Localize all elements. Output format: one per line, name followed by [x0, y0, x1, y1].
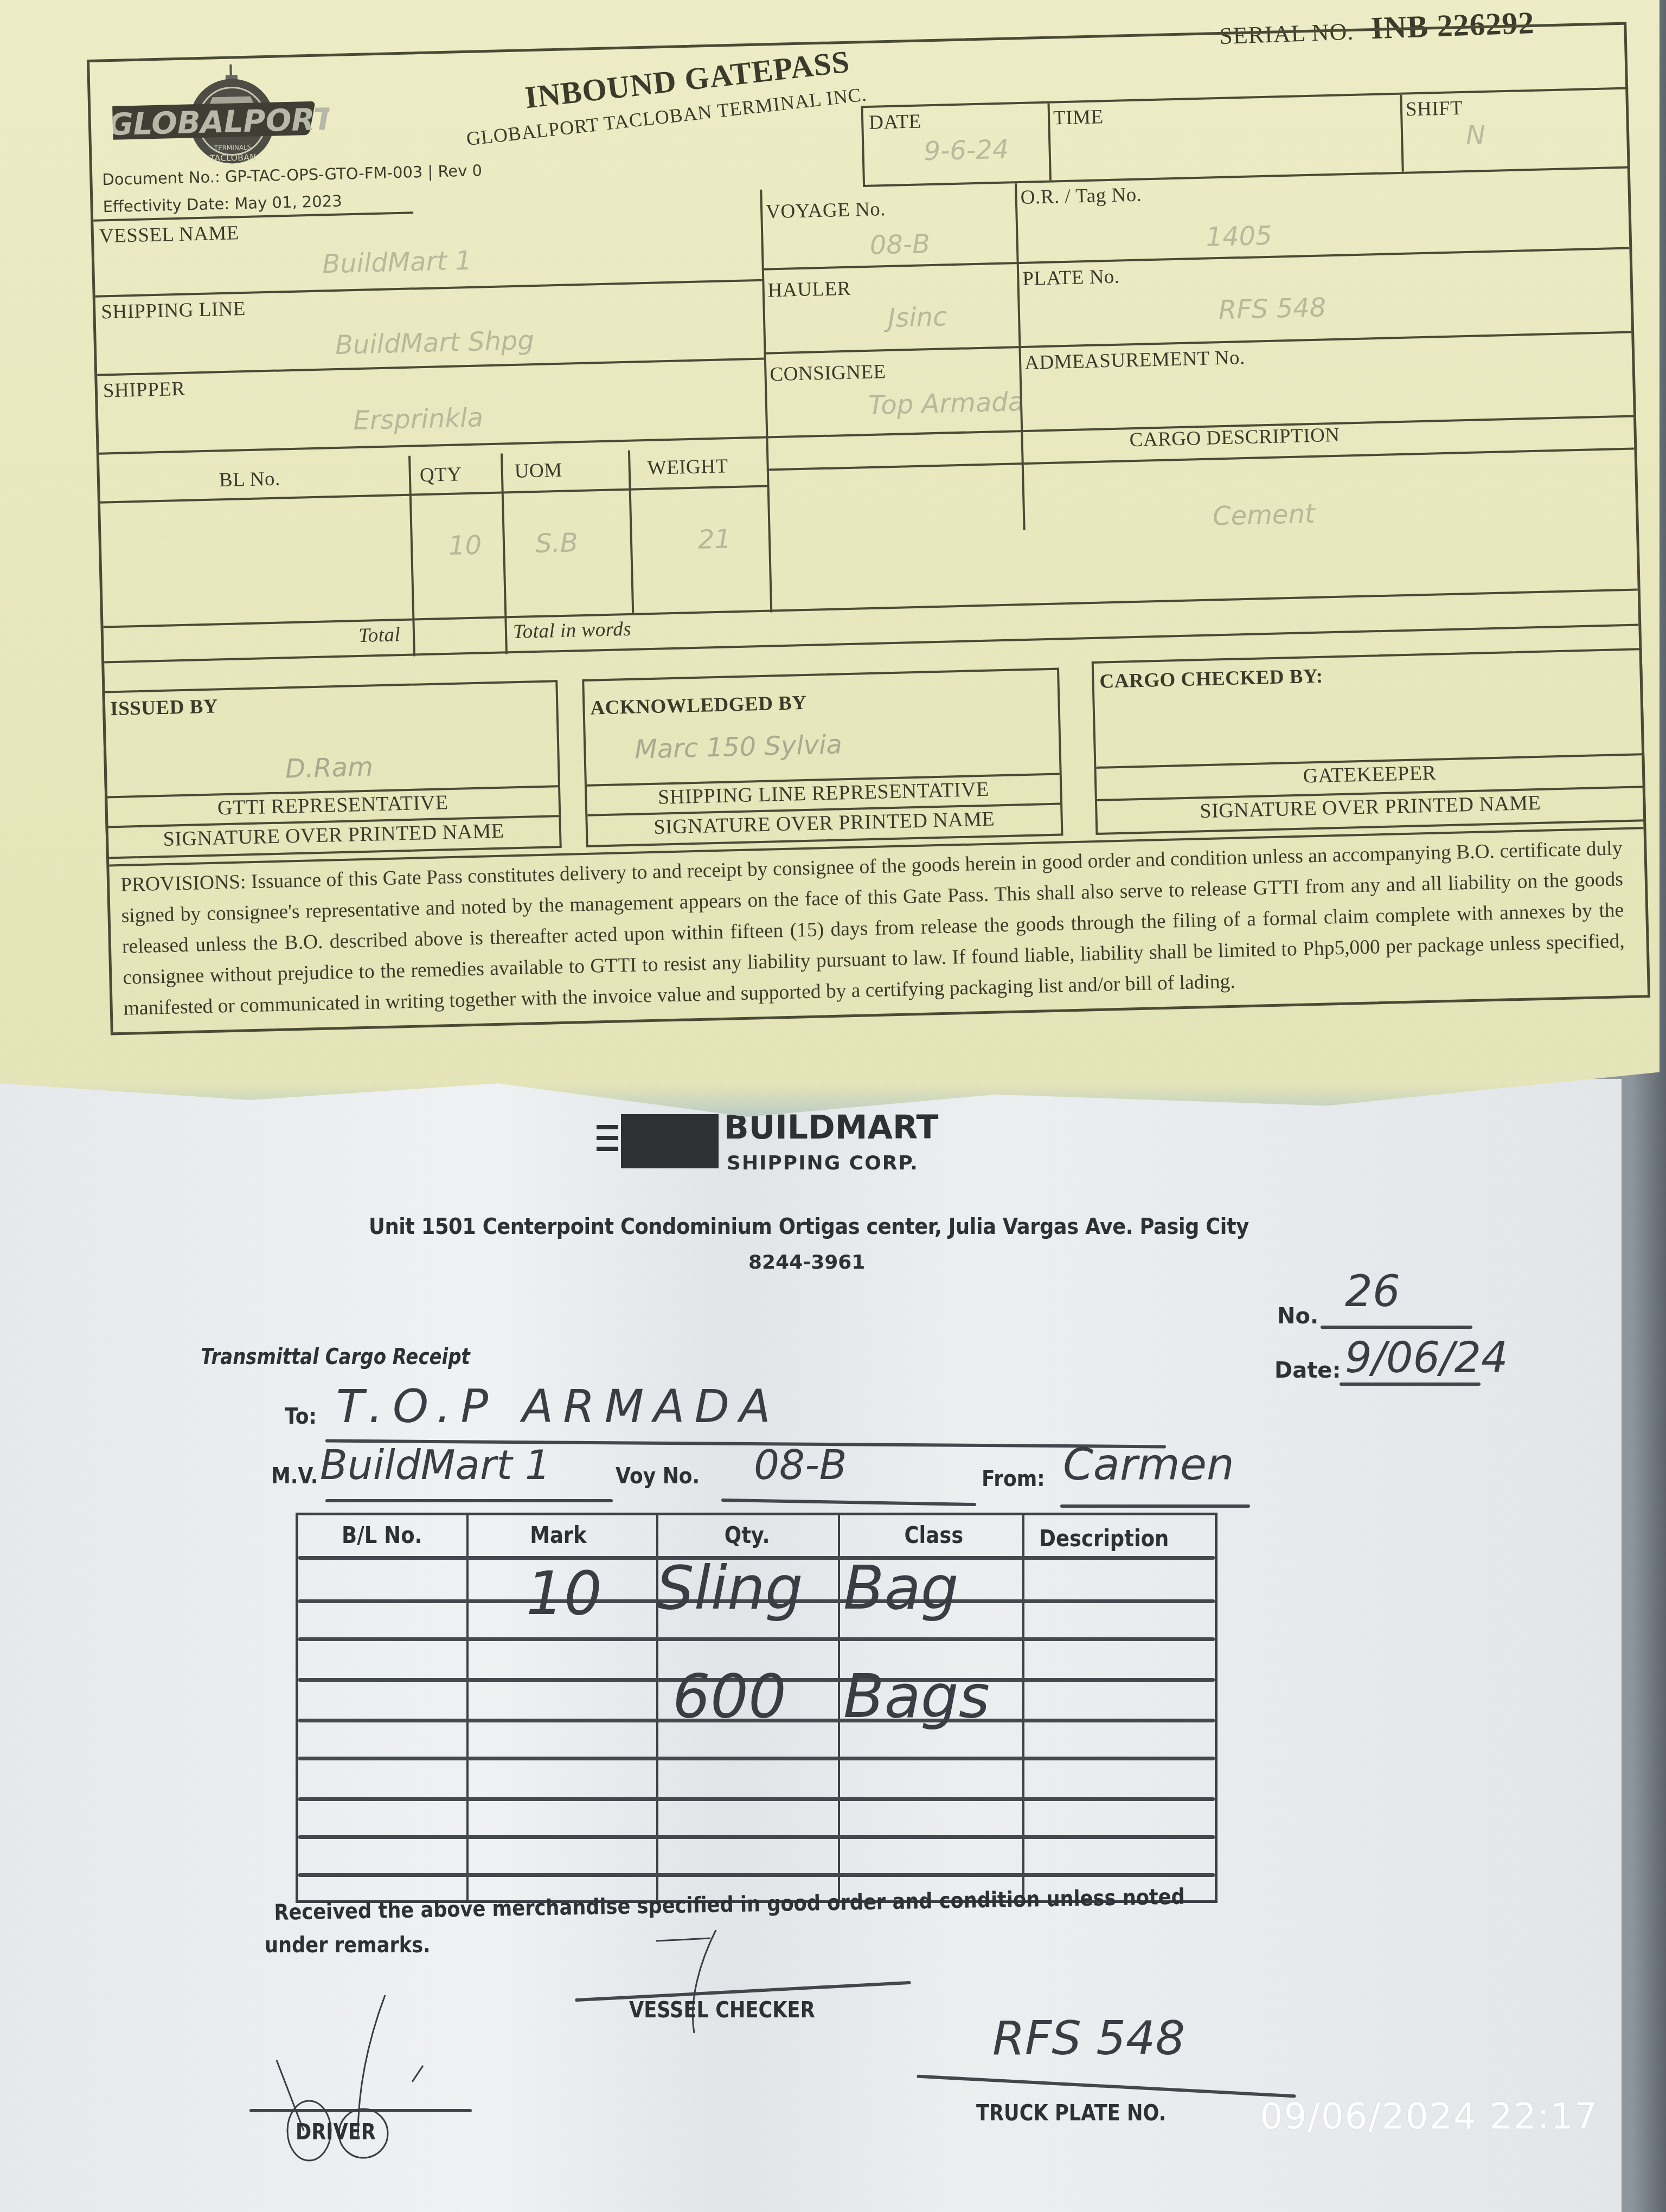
voy-no-value[interactable]: 08-B	[754, 1442, 847, 1489]
shipping-corp-label: SHIPPING CORP.	[727, 1152, 919, 1174]
mark-column-header: Mark	[530, 1522, 587, 1548]
uom-value[interactable]: S.B	[535, 528, 578, 559]
vessel-name-label: VESSEL NAME	[99, 221, 239, 248]
shipping-line-label: SHIPPING LINE	[101, 297, 246, 324]
vessel-checker-label: VESSEL CHECKER	[629, 1998, 815, 2023]
inbound-gatepass: SERIAL NO. INB 226292 GLOBALPORT TERMINA…	[0, 0, 1659, 1117]
qty-column-header: Qty.	[725, 1522, 770, 1548]
row1-mark[interactable]: 10	[526, 1559, 602, 1628]
admeasurement-label: ADMEASUREMENT No.	[1024, 346, 1246, 375]
or-tag-no-value[interactable]: 1405	[1206, 221, 1272, 253]
svg-text:TACLOBAN: TACLOBAN	[209, 152, 257, 163]
cargo-checked-by-block: CARGO CHECKED BY: GATEKEEPER SIGNATURE O…	[1092, 648, 1646, 835]
mv-label: M.V.	[271, 1464, 318, 1489]
to-value[interactable]: T.O.P ARMADA	[336, 1380, 780, 1433]
shipper-label: SHIPPER	[102, 377, 185, 403]
svg-text:TERMINALS: TERMINALS	[214, 144, 252, 152]
cargo-description-label: CARGO DESCRIPTION	[1129, 423, 1340, 452]
qty-header: QTY	[419, 462, 462, 487]
total-in-words-label: Total in words	[513, 618, 632, 644]
receipt-cargo-table: B/L No. Mark Qty. Class Description 10 S…	[296, 1513, 1218, 1903]
issued-by-caption: SIGNATURE OVER PRINTED NAME	[108, 818, 560, 852]
voyage-no-value[interactable]: 08-B	[869, 229, 931, 261]
from-label: From:	[982, 1467, 1045, 1491]
transmittal-cargo-receipt: BUILDMART SHIPPING CORP. Unit 1501 Cente…	[0, 1079, 1622, 2212]
receipt-date-label: Date:	[1274, 1358, 1341, 1383]
shift-value[interactable]: N	[1465, 120, 1485, 151]
row2-qty[interactable]: 600	[672, 1662, 786, 1731]
consignee-label: CONSIGNEE	[770, 360, 886, 386]
issued-by-label: ISSUED BY	[110, 695, 219, 721]
provisions-text: PROVISIONS: Issuance of this Gate Pass c…	[120, 833, 1626, 1024]
cargo-description-value[interactable]: Cement	[1213, 499, 1316, 532]
acknowledged-by-label: ACKNOWLEDGED BY	[590, 691, 807, 720]
row2-class[interactable]: Bags	[843, 1662, 990, 1731]
hauler-value[interactable]: Jsinc	[887, 301, 947, 333]
vessel-name-value[interactable]: BuildMart 1	[322, 246, 472, 280]
voy-no-label: Voy No.	[616, 1464, 700, 1489]
photo-timestamp: 09/06/2024 22:17	[1260, 2095, 1598, 2137]
row1-qty[interactable]: Sling	[656, 1553, 803, 1623]
receipt-title: Transmittal Cargo Receipt	[201, 1345, 470, 1369]
company-phone: 8244-3961	[748, 1251, 865, 1274]
driver-label: DRIVER	[296, 2120, 376, 2145]
date-value[interactable]: 9-6-24	[924, 134, 1009, 167]
description-column-header: Description	[1039, 1525, 1169, 1552]
issued-by-signature[interactable]: D.Ram	[285, 752, 373, 785]
under-remarks-text: under remarks.	[265, 1933, 431, 1958]
weight-value[interactable]: 21	[697, 524, 731, 555]
row1-class[interactable]: Bag	[843, 1553, 959, 1623]
shipper-value[interactable]: Ersprinkla	[353, 402, 484, 436]
bl-no-column-header: B/L No.	[342, 1522, 422, 1548]
truck-plate-label: TRUCK PLATE NO.	[976, 2101, 1166, 2126]
acknowledged-by-block: ACKNOWLEDGED BY Marc 150 Sylvia SHIPPING…	[582, 668, 1063, 847]
hauler-label: HAULER	[767, 277, 851, 303]
bl-no-header: BL No.	[219, 467, 281, 492]
from-value[interactable]: Carmen	[1063, 1439, 1234, 1490]
company-address: Unit 1501 Centerpoint Condominium Ortiga…	[369, 1214, 1249, 1239]
qty-value[interactable]: 10	[448, 530, 482, 561]
acknowledged-by-caption: SIGNATURE OVER PRINTED NAME	[587, 806, 1061, 841]
plate-no-label: PLATE No.	[1022, 265, 1120, 291]
svg-text:GLOBALPORT: GLOBALPORT	[111, 102, 331, 143]
issued-by-block: ISSUED BY D.Ram GTTI REPRESENTATIVE SIGN…	[102, 680, 561, 859]
shipping-line-value[interactable]: BuildMart Shpg	[335, 325, 534, 361]
receipt-no-value[interactable]: 26	[1345, 1266, 1400, 1316]
voyage-no-label: VOYAGE No.	[766, 197, 886, 223]
weight-header: WEIGHT	[647, 454, 728, 480]
uom-header: UOM	[514, 459, 562, 483]
class-column-header: Class	[904, 1522, 963, 1548]
or-tag-no-label: O.R. / Tag No.	[1020, 183, 1142, 209]
cargo-table: BL No. QTY UOM WEIGHT 10 S.B 21 Total To…	[89, 25, 1624, 62]
time-label: TIME	[1053, 105, 1104, 130]
shift-label: SHIFT	[1405, 97, 1463, 121]
cargo-checked-by-label: CARGO CHECKED BY:	[1099, 665, 1323, 693]
mv-value[interactable]: BuildMart 1	[320, 1442, 550, 1489]
plate-no-value[interactable]: RFS 548	[1218, 292, 1327, 325]
truck-plate-value[interactable]: RFS 548	[992, 2011, 1185, 2066]
consignee-value[interactable]: Top Armada	[868, 387, 1024, 421]
date-label: DATE	[869, 110, 922, 134]
total-label: Total	[358, 623, 401, 647]
gatepass-form: GLOBALPORT TERMINALS TACLOBAN INBOUND GA…	[87, 22, 1650, 1036]
receipt-no-label: No.	[1277, 1304, 1318, 1329]
acknowledged-by-signature[interactable]: Marc 150 Sylvia	[635, 729, 843, 764]
receipt-date-value[interactable]: 9/06/24	[1345, 1334, 1508, 1382]
effectivity-date: Effectivity Date: May 01, 2023	[102, 192, 342, 216]
to-label: To:	[285, 1404, 317, 1429]
date-time-shift-row: DATE 9-6-24 TIME SHIFT N	[861, 87, 1630, 188]
globalport-logo-icon: GLOBALPORT TERMINALS TACLOBAN	[111, 62, 331, 170]
